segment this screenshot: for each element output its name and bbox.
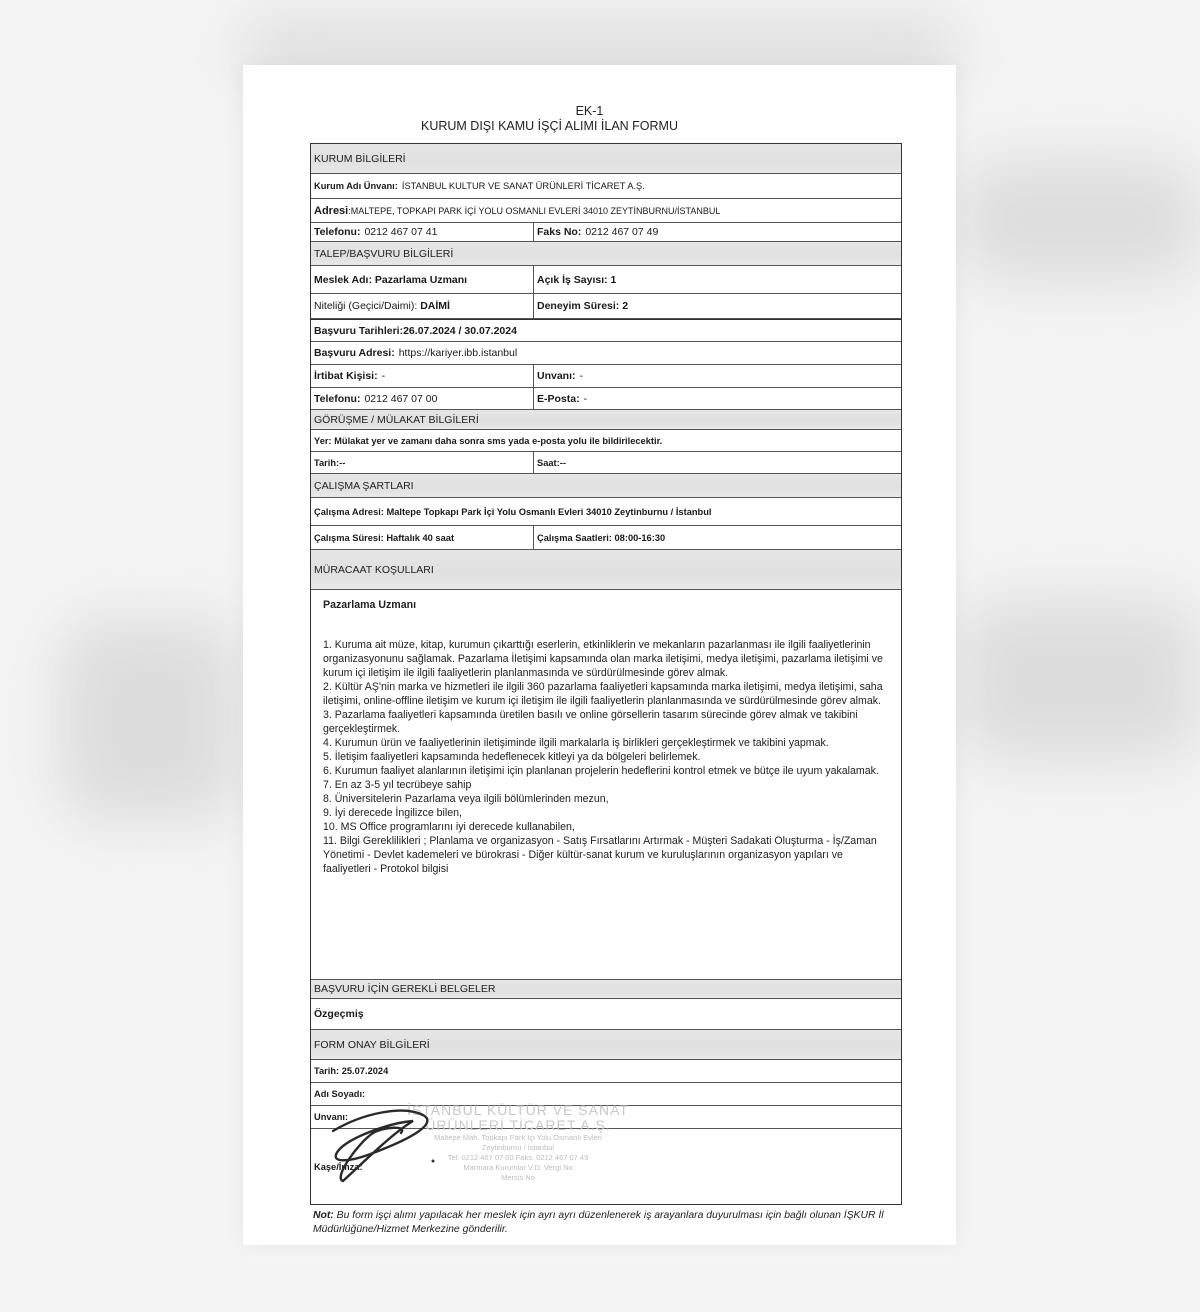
section-muracaat-header: MÜRACAAT KOŞULLARI xyxy=(311,550,901,590)
field-label: Niteliği (Geçici/Daimi): xyxy=(314,300,417,312)
work-duration-row: Çalışma Süresi: Haftalık 40 saat Çalışma… xyxy=(311,526,901,550)
experience-value: 2 xyxy=(622,300,628,312)
section-title: TALEP/BAŞVURU BİLGİLERİ xyxy=(311,242,901,265)
annex-label: EK-1 xyxy=(233,104,946,118)
section-belgeler-header: BAŞVURU İÇİN GEREKLİ BELGELER xyxy=(311,980,901,999)
signature-icon xyxy=(313,1103,453,1183)
background-blur xyxy=(60,620,240,820)
footer-note: Not: Bu form işçi alımı yapılacak her me… xyxy=(313,1209,903,1237)
work-duration: Çalışma Süresi: Haftalık 40 saat xyxy=(311,526,534,549)
conditions-row: Pazarlama Uzmanı 1. Kuruma ait müze, kit… xyxy=(311,590,901,980)
field-label: Kurum Adı Ünvanı: xyxy=(314,181,398,191)
section-title: FORM ONAY BİLGİLERİ xyxy=(311,1030,901,1059)
nature-row: Niteliği (Geçici/Daimi): DAİMİ Deneyim S… xyxy=(311,294,901,319)
conditions-list: 1. Kuruma ait müze, kitap, kurumun çıkar… xyxy=(323,638,889,876)
work-hours: Çalışma Saatleri: 08:00-16:30 xyxy=(534,526,901,549)
required-document-row: Özgeçmiş xyxy=(311,999,901,1030)
note-text: Bu form işçi alımı yapılacak her meslek … xyxy=(313,1210,884,1235)
section-calisma-header: ÇALIŞMA ŞARTLARI xyxy=(311,474,901,498)
openings-value: 1 xyxy=(611,274,617,286)
contact-phone-row: Telefonu: 0212 467 07 00 E-Posta: - xyxy=(311,388,901,410)
condition-item: 10. MS Office programlarını iyi derecede… xyxy=(323,820,889,834)
field-label: Meslek Adı: xyxy=(314,274,372,286)
condition-item: 3. Pazarlama faaliyetleri kapsamında üre… xyxy=(323,708,889,736)
section-title: KURUM BİLGİLERİ xyxy=(311,144,901,173)
condition-item: 4. Kurumun ürün ve faaliyetlerinin ileti… xyxy=(323,736,889,750)
required-document: Özgeçmiş xyxy=(311,999,901,1029)
approval-date: Tarih: 25.07.2024 xyxy=(311,1060,901,1082)
work-address: Çalışma Adresi: Maltepe Topkapı Park İçi… xyxy=(311,498,901,525)
condition-item: 1. Kuruma ait müze, kitap, kurumun çıkar… xyxy=(323,638,889,680)
kurum-address-row: Adresi :MALTEPE, TOPKAPI PARK İÇİ YOLU O… xyxy=(311,199,901,223)
work-address-row: Çalışma Adresi: Maltepe Topkapı Park İçi… xyxy=(311,498,901,526)
contact-row: İrtibat Kişisi: - Unvanı: - xyxy=(311,365,901,388)
kurum-phone-value: 0212 467 07 41 xyxy=(364,226,437,238)
condition-item: 8. Üniversitelerin Pazarlama veya ilgili… xyxy=(323,792,889,806)
conditions-content: Pazarlama Uzmanı 1. Kuruma ait müze, kit… xyxy=(311,590,901,876)
kurum-fax-value: 0212 467 07 49 xyxy=(585,226,658,238)
condition-item: 7. En az 3-5 yıl tecrübeye sahip xyxy=(323,778,889,792)
interview-time: Saat:-- xyxy=(534,452,901,473)
condition-item: 6. Kurumun faaliyet alanlarının iletişim… xyxy=(323,764,889,778)
document-title: KURUM DIŞI KAMU İŞÇİ ALIMI İLAN FORMU xyxy=(193,119,906,133)
background-blur xyxy=(960,600,1200,760)
document-page: EK-1 KURUM DIŞI KAMU İŞÇİ ALIMI İLAN FOR… xyxy=(243,65,956,1245)
condition-item: 11. Bilgi Gereklilikleri ; Planlama ve o… xyxy=(323,834,889,876)
field-label: Deneyim Süresi: xyxy=(537,300,619,312)
field-label: İrtibat Kişisi: xyxy=(314,370,378,382)
contact-phone-value: 0212 467 07 00 xyxy=(364,393,437,405)
dates-value: 26.07.2024 / 30.07.2024 xyxy=(403,325,517,337)
field-label: Telefonu: xyxy=(314,226,360,238)
interview-date: Tarih:-- xyxy=(311,452,534,473)
condition-item: 2. Kültür AŞ'nin marka ve hizmetleri ile… xyxy=(323,680,889,708)
kurum-name-value: İSTANBUL KULTUR VE SANAT ÜRÜNLERİ TİCARE… xyxy=(402,181,645,191)
field-label: Adresi xyxy=(314,205,348,217)
contact-value: - xyxy=(382,370,386,382)
contact-title-value: - xyxy=(580,370,584,382)
section-title: GÖRÜŞME / MÜLAKAT BİLGİLERİ xyxy=(311,410,901,429)
note-label: Not: xyxy=(313,1210,334,1221)
interview-place-row: Yer: Mülakat yer ve zamanı daha sonra sm… xyxy=(311,430,901,452)
apply-address-row: Başvuru Adresi: https://kariyer.ibb.ista… xyxy=(311,342,901,365)
section-onay-header: FORM ONAY BİLGİLERİ xyxy=(311,1030,901,1060)
section-kurum-header: KURUM BİLGİLERİ xyxy=(311,144,901,174)
kurum-address-value: :MALTEPE, TOPKAPI PARK İÇİ YOLU OSMANLI … xyxy=(348,206,720,216)
dates-row: Başvuru Tarihleri: 26.07.2024 / 30.07.20… xyxy=(311,319,901,342)
field-label: E-Posta: xyxy=(537,393,580,405)
condition-item: 5. İletişim faaliyetleri kapsamında hede… xyxy=(323,750,889,764)
approval-date-row: Tarih: 25.07.2024 xyxy=(311,1060,901,1083)
occupation-row: Meslek Adı: Pazarlama Uzmanı Açık İş Say… xyxy=(311,266,901,294)
job-posting-form: KURUM BİLGİLERİ Kurum Adı Ünvanı: İSTANB… xyxy=(310,143,902,1205)
field-label: Unvanı: xyxy=(537,370,576,382)
kurum-phone-row: Telefonu: 0212 467 07 41 Faks No: 0212 4… xyxy=(311,223,901,242)
field-label: Faks No: xyxy=(537,226,581,238)
occupation-value: Pazarlama Uzmanı xyxy=(375,274,467,286)
interview-datetime-row: Tarih:-- Saat:-- xyxy=(311,452,901,474)
field-label: Açık İş Sayısı: xyxy=(537,274,608,286)
position-title: Pazarlama Uzmanı xyxy=(323,598,889,612)
kurum-name-row: Kurum Adı Ünvanı: İSTANBUL KULTUR VE SAN… xyxy=(311,174,901,199)
approval-name-label: Adı Soyadı: xyxy=(311,1083,901,1105)
section-talep-header: TALEP/BAŞVURU BİLGİLERİ xyxy=(311,242,901,266)
background-blur xyxy=(960,160,1200,280)
interview-place: Yer: Mülakat yer ve zamanı daha sonra sm… xyxy=(311,430,901,451)
field-label: Telefonu: xyxy=(314,393,360,405)
field-label: Başvuru Adresi: xyxy=(314,347,395,359)
section-title: BAŞVURU İÇİN GEREKLİ BELGELER xyxy=(311,980,901,998)
apply-address-link[interactable]: https://kariyer.ibb.istanbul xyxy=(399,347,517,359)
section-gorusme-header: GÖRÜŞME / MÜLAKAT BİLGİLERİ xyxy=(311,410,901,430)
condition-item: 9. İyi derecede İngilizce bilen, xyxy=(323,806,889,820)
email-value: - xyxy=(584,393,588,405)
section-title: MÜRACAAT KOŞULLARI xyxy=(311,550,901,589)
section-title: ÇALIŞMA ŞARTLARI xyxy=(311,474,901,497)
nature-value: DAİMİ xyxy=(420,300,450,312)
field-label: Başvuru Tarihleri: xyxy=(314,325,403,337)
